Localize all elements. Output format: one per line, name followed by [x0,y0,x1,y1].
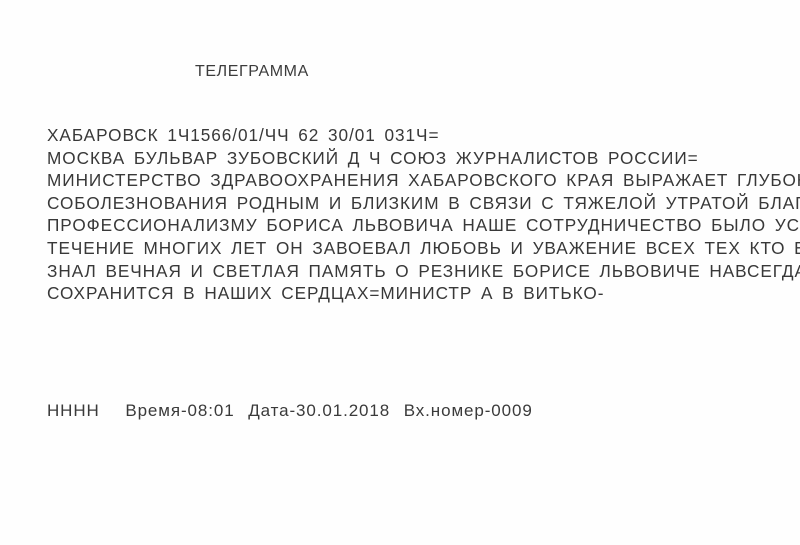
message-line-signature: СОХРАНИТСЯ В НАШИХ СЕРДЦАХ=МИНИСТР А В В… [47,282,800,305]
message-line: ТЕЧЕНИЕ МНОГИХ ЛЕТ ОН ЗАВОЕВАЛ ЛЮБОВЬ И … [47,237,800,260]
header-line-origin: ХАБАРОВСК 1Ч1566/01/ЧЧ 62 30/01 031Ч= [47,124,800,147]
message-line: СОБОЛЕЗНОВАНИЯ РОДНЫМ И БЛИЗКИМ В СВЯЗИ … [47,192,800,215]
received-date: Дата-30.01.2018 [248,401,390,421]
incoming-number: Вх.номер-0009 [404,401,533,421]
telegram-body: ХАБАРОВСК 1Ч1566/01/ЧЧ 62 30/01 031Ч= МО… [47,124,800,305]
telegram-footer: НННН Время-08:01 Дата-30.01.2018 Вх.номе… [47,401,533,421]
telegram-page: ТЕЛЕГРАММА ХАБАРОВСК 1Ч1566/01/ЧЧ 62 30/… [0,0,800,545]
end-mark: НННН [47,401,100,421]
message-line: ПРОФЕССИОНАЛИЗМУ БОРИСА ЛЬВОВИЧА НАШЕ СО… [47,214,800,237]
header-line-destination: МОСКВА БУЛЬВАР ЗУБОВСКИЙ Д Ч СОЮЗ ЖУРНАЛ… [47,147,800,170]
message-line: ЗНАЛ ВЕЧНАЯ И СВЕТЛАЯ ПАМЯТЬ О РЕЗНИКЕ Б… [47,260,800,283]
received-time: Время-08:01 [125,401,234,421]
message-line: МИНИСТЕРСТВО ЗДРАВООХРАНЕНИЯ ХАБАРОВСКОГ… [47,169,800,192]
document-title: ТЕЛЕГРАММА [195,63,309,81]
